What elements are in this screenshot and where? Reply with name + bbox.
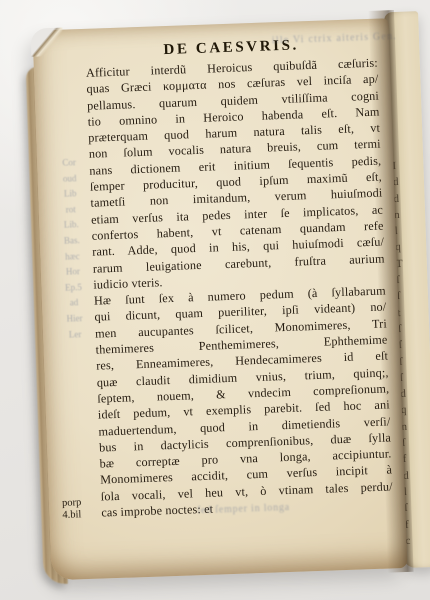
showthrough-word: Lib [52,186,89,203]
showthrough-word: Cor [51,155,88,172]
showthrough-word: Hier [56,311,93,328]
body-text: Afficitur interdũ Heroicus quibuſdã cæſu… [86,55,394,521]
book-page: ille Vi ctrix aiteris Gen. CoroudLibrotL… [32,18,407,580]
letter-fragment: n [401,418,412,435]
showthrough-word: Lib. [53,217,90,234]
letter-fragment: d [403,467,414,484]
letter-fragment: f [402,451,413,468]
letter-fragment: n [394,207,405,224]
letter-fragment: c [405,532,416,549]
book: IddnlqTſſtſſſſdqnſfdlſfc ille Vi ctrix a… [18,7,430,593]
letter-fragment: ſ [402,435,413,452]
letter-fragment: d [393,190,404,207]
letter-fragment: l [404,484,415,501]
letter-fragment: d [393,174,404,191]
showthrough-word: Ep.5 [55,280,92,297]
letter-fragment: ſ [398,321,409,338]
letter-fragment: T [396,256,407,273]
showthrough-word: ad [56,295,93,312]
marginal-note-line2: 4.bil [62,508,100,521]
photo-backdrop: IddnlqTſſtſſſſdqnſfdlſfc ille Vi ctrix a… [0,0,430,600]
showthrough-word: hæc [54,248,91,265]
showthrough-word: Hor [55,264,92,281]
letter-fragment: q [401,402,412,419]
showthrough-text-margin: CoroudLibrotLib.Bas.hæcHorEp.5adHierLer [51,155,94,343]
showthrough-word: oud [51,170,88,187]
letter-fragment: t [397,304,408,321]
letter-fragment: ſ [398,337,409,354]
marginal-note: porp 4.bil [62,497,101,521]
showthrough-word: Ler [57,326,94,343]
letter-fragment: l [394,223,405,240]
letter-fragment: I [392,158,403,175]
showthrough-word: Bas. [54,233,91,250]
letter-fragment: q [395,239,406,256]
letter-fragment: ſ [404,500,415,517]
letter-fragment: ſ [400,370,411,387]
folded-corner [30,28,63,57]
letter-fragment: ſ [396,272,407,289]
showthrough-word: rot [53,202,90,219]
letter-fragment: ſ [397,288,408,305]
letter-fragment: f [405,516,416,533]
letter-fragment: ſ [399,353,410,370]
letter-fragment: d [400,386,411,403]
